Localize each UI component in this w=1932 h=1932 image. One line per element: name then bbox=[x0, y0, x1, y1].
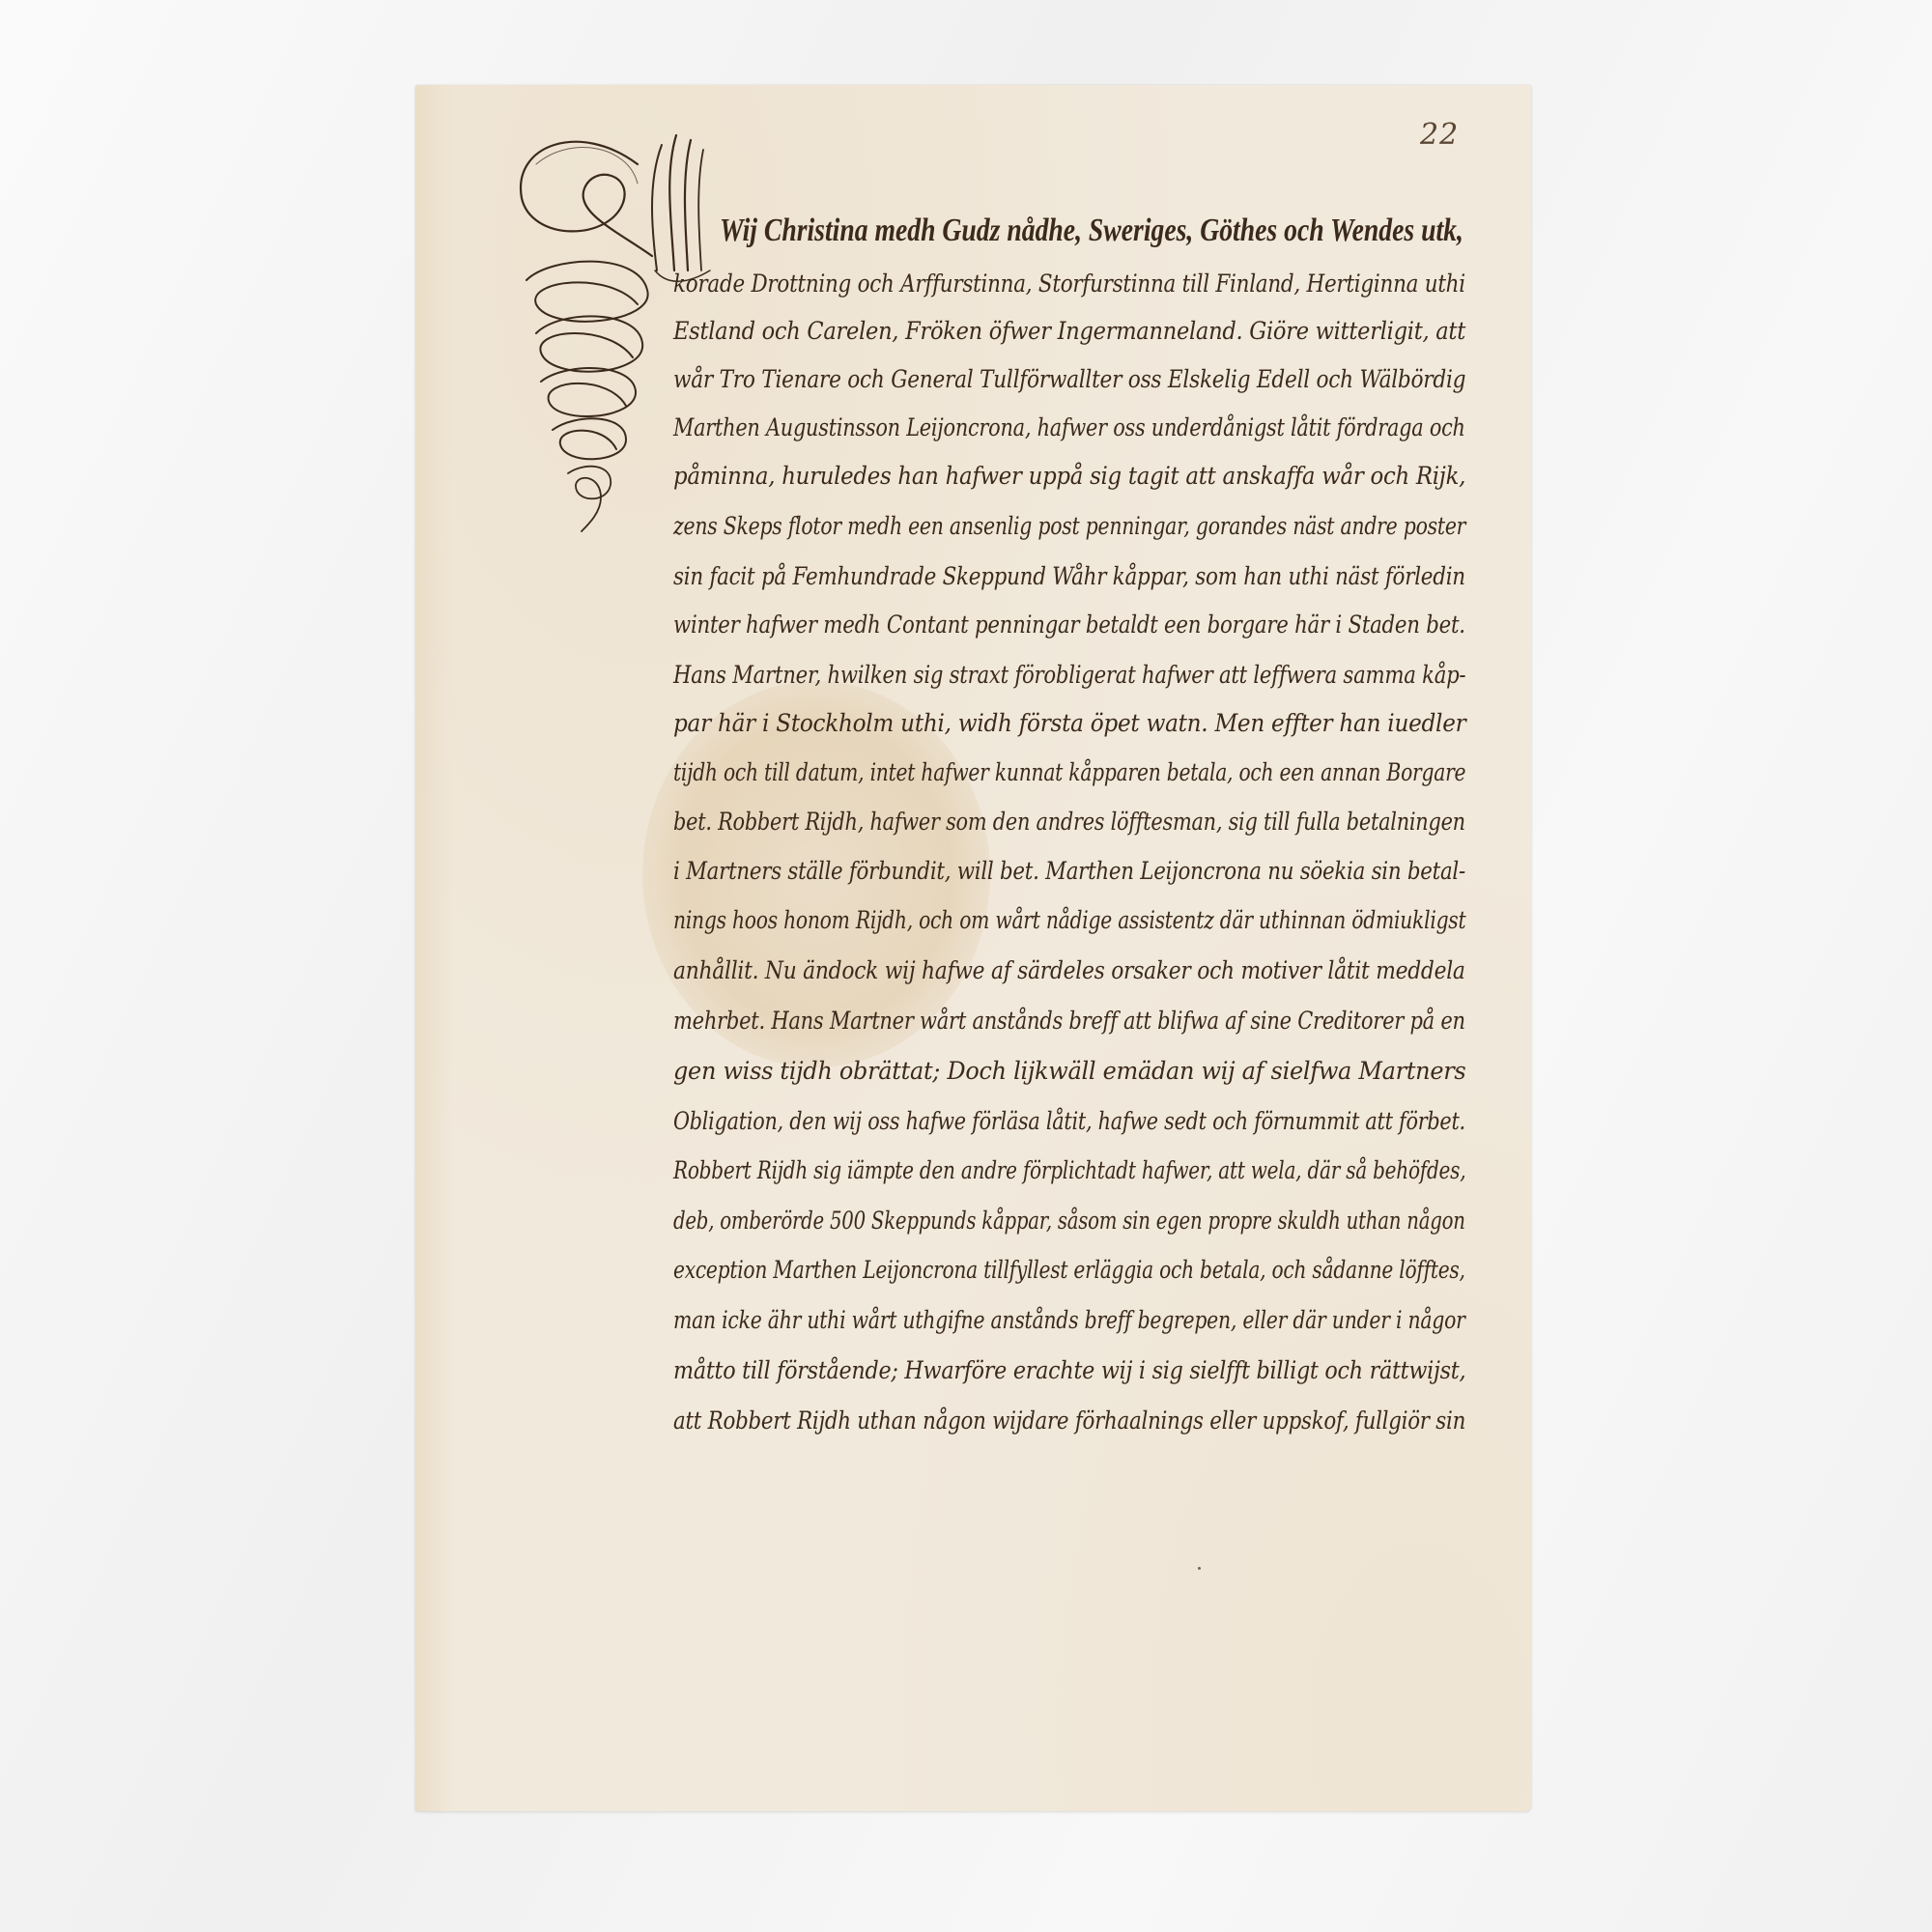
decorative-initial-flourish-icon bbox=[493, 126, 715, 541]
ink-speck bbox=[1198, 1567, 1201, 1570]
folio-number: 22 bbox=[1420, 118, 1459, 152]
